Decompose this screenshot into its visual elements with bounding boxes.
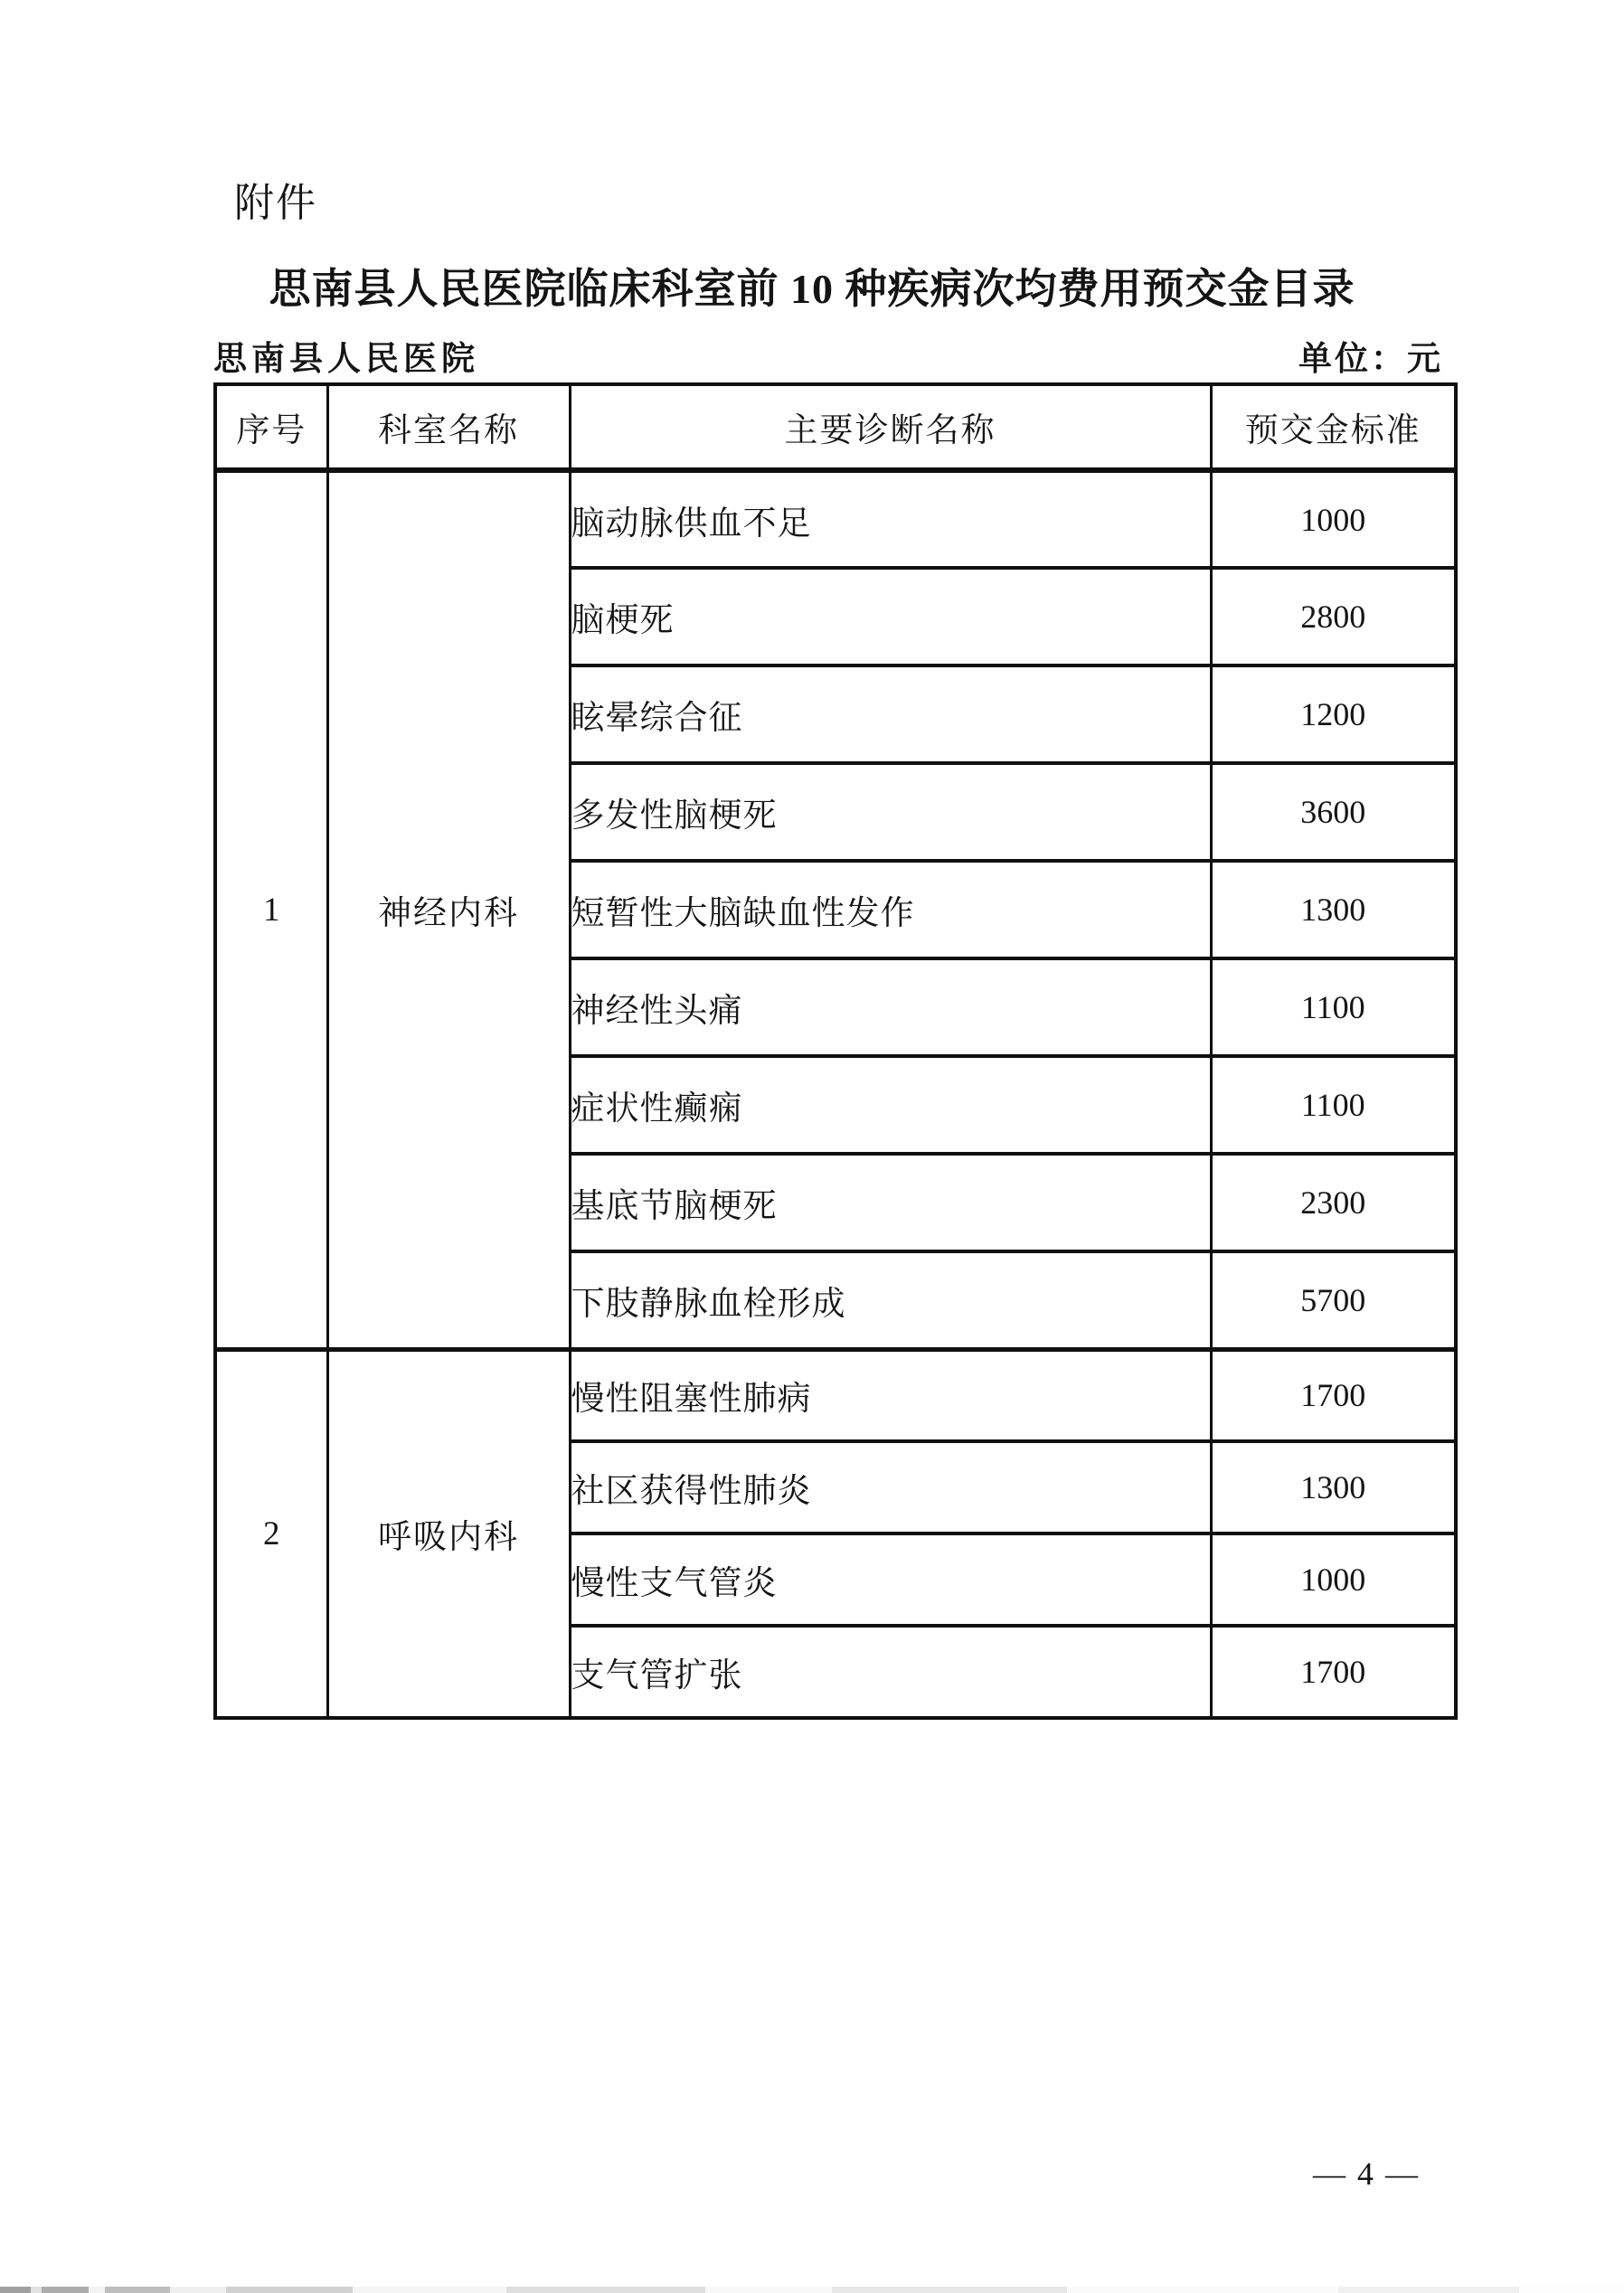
unit-label: 单位：元 [1298,331,1454,380]
header-diagnosis: 主要诊断名称 [570,384,1211,470]
diagnosis-cell: 脑动脉供血不足 [570,470,1211,568]
table-header: 序号 科室名称 主要诊断名称 预交金标准 [215,384,1456,470]
amount-cell: 1700 [1211,1626,1456,1718]
table-row: 2呼吸内科慢性阻塞性肺病1700 [215,1349,1456,1441]
scan-artifact [0,2287,1624,2293]
amount-cell: 1300 [1211,1441,1456,1533]
amount-cell: 1000 [1211,1533,1456,1626]
amount-cell: 1300 [1211,861,1456,958]
amount-cell: 1100 [1211,1056,1456,1154]
table-caption-row: 思南县人民医院 单位：元 [213,331,1454,380]
diagnosis-cell: 短暂性大脑缺血性发作 [570,861,1211,958]
diagnosis-cell: 症状性癫痫 [570,1056,1211,1154]
diagnosis-cell: 多发性脑梗死 [570,763,1211,861]
diagnosis-cell: 慢性支气管炎 [570,1533,1211,1626]
diagnosis-cell: 支气管扩张 [570,1626,1211,1718]
diagnosis-cell: 基底节脑梗死 [570,1154,1211,1251]
amount-cell: 5700 [1211,1251,1456,1349]
diagnosis-cell: 神经性头痛 [570,958,1211,1056]
header-department: 科室名称 [327,384,570,470]
seq-cell: 1 [215,470,327,1349]
seq-cell: 2 [215,1349,327,1718]
header-amount: 预交金标准 [1211,384,1456,470]
amount-cell: 1000 [1211,470,1456,568]
table-header-row: 序号 科室名称 主要诊断名称 预交金标准 [215,384,1456,470]
fee-table: 序号 科室名称 主要诊断名称 预交金标准 1神经内科脑动脉供血不足1000脑梗死… [213,382,1458,1720]
amount-cell: 1100 [1211,958,1456,1056]
header-seq: 序号 [215,384,327,470]
attachment-label: 附件 [234,181,317,227]
diagnosis-cell: 眩晕综合征 [570,665,1211,763]
amount-cell: 3600 [1211,763,1456,861]
page-number: — 4 — [1313,2155,1420,2193]
table-row: 1神经内科脑动脉供血不足1000 [215,470,1456,568]
diagnosis-cell: 脑梗死 [570,568,1211,665]
diagnosis-cell: 慢性阻塞性肺病 [570,1349,1211,1441]
amount-cell: 2800 [1211,568,1456,665]
diagnosis-cell: 社区获得性肺炎 [570,1441,1211,1533]
diagnosis-cell: 下肢静脉血栓形成 [570,1251,1211,1349]
department-cell: 神经内科 [327,470,570,1349]
department-cell: 呼吸内科 [327,1349,570,1718]
amount-cell: 1200 [1211,665,1456,763]
table-body: 1神经内科脑动脉供血不足1000脑梗死2800眩晕综合征1200多发性脑梗死36… [215,470,1456,1718]
page-title: 思南县人民医院临床科室前 10 种疾病次均费用预交金目录 [0,256,1624,316]
amount-cell: 2300 [1211,1154,1456,1251]
hospital-name: 思南县人民医院 [213,331,479,380]
amount-cell: 1700 [1211,1349,1456,1441]
